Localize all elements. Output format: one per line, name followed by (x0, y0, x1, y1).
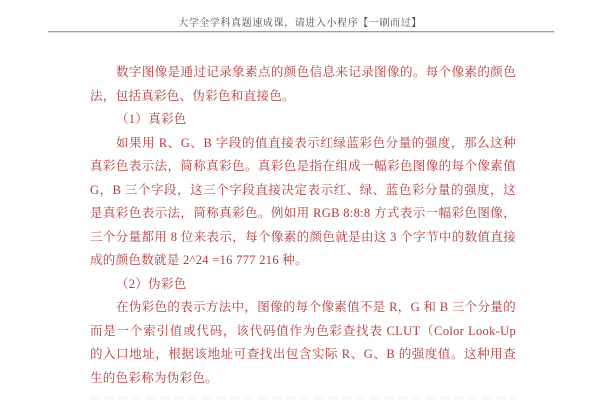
text-line: 法，包括真彩色、伪彩色和直接色。 (90, 85, 516, 109)
text-line: 数字图像是通过记录象素点的颜色信息来记录图像的。每个像素的颜色表示有三种方 (90, 61, 516, 85)
text-line: G，B 三个字段，这三个字段直接决定表示红、绿、蓝色彩分量的强度，这种表示法就 (90, 179, 516, 203)
section-heading: （1）真彩色 (90, 108, 516, 132)
text-line: 而是一个索引值或代码，该代码值作为色彩查找表 CLUT（Color Look-U… (90, 320, 516, 344)
text-line: 是真彩色表示法，简称真彩色。例如用 RGB 8:8:8 方式表示一幅彩色图像， … (90, 202, 516, 226)
text-line: 成的颜色数就是 2^24 =16 777 216 种。 (90, 249, 516, 273)
text-line: 生的色彩称为伪彩色。 (90, 367, 516, 391)
text-line: 在伪彩色的表示方法中，图像的每个像素值不是 R，G 和 B 三个分量的实际强度值… (90, 296, 516, 320)
text-line: 如果用 R、G、B 字段的值直接表示红绿蓝彩色分量的强度，那么这种表示法就是 (90, 132, 516, 156)
text-line: 三个分量都用 8 位来表示，每个像素的颜色就是由这 3 个字节中的数值直接决定，… (90, 226, 516, 250)
text-line: 真彩色表示法，简称真彩色。真彩色是指在组成一幅彩色图像的每个像素值中，有 R， (90, 155, 516, 179)
cutoff-next-line (90, 396, 516, 400)
text-line: 的入口地址，根据该地址可查找出包含实际 R、G、B 的强度值。这种用查找映射的方… (90, 343, 516, 367)
document-body: 数字图像是通过记录象素点的颜色信息来记录图像的。每个像素的颜色表示有三种方法，包… (90, 61, 516, 390)
section-heading: （2）伪彩色 (90, 273, 516, 297)
header-divider (48, 31, 554, 33)
header-banner-text: 大学全学科真题速成课，请进入小程序【一刷而过】 (0, 14, 600, 29)
